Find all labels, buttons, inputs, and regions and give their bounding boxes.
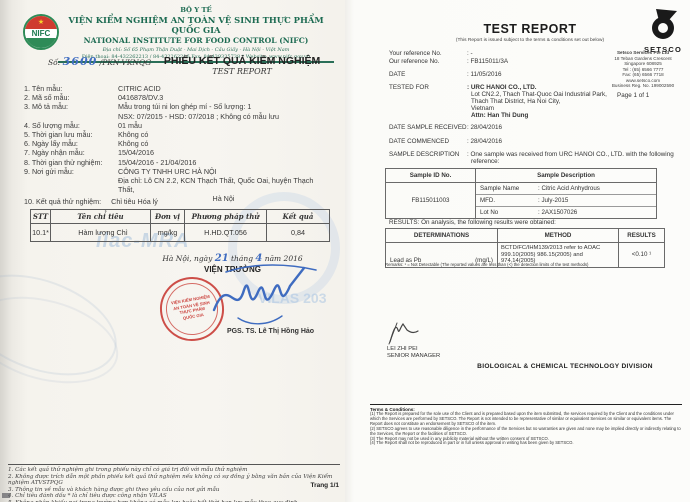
results-table: STT Tên chỉ tiêu Đơn vị Phương pháp thử … bbox=[30, 209, 330, 242]
item-value-line: Địa chỉ: Lô CN 2.2, KCN Thạch Thất, Quốc… bbox=[118, 176, 329, 194]
column-header-sample-id: Sample ID No. bbox=[386, 169, 476, 182]
field-value: : FB115011/3A bbox=[467, 58, 508, 65]
terms-item: (1) The Report is prepared for the sole … bbox=[370, 412, 682, 427]
sample-desc-line: reference: bbox=[467, 158, 674, 165]
field-date-sample-received: DATE SAMPLE RECEIVED : 28/04/2016 bbox=[389, 124, 502, 131]
item-label: 2. Mã số mẫu: bbox=[24, 93, 118, 102]
results-label: 10. Kết quả thử nghiệm: bbox=[24, 197, 101, 206]
list-item: 3. Mô tả mẫu: Mẫu trong túi ni lon ghép … bbox=[24, 102, 329, 120]
sample-table-body: FB115011003 Sample Name : Citric Acid An… bbox=[386, 183, 656, 218]
sample-description-cells: Sample Name : Citric Acid Anhydrous MFD.… bbox=[476, 183, 656, 218]
terms-item: (4) The Report shall not be reproduced i… bbox=[370, 441, 682, 446]
field-date-commenced: DATE COMMENCED : 28/04/2016 bbox=[389, 138, 502, 145]
division-name: BIOLOGICAL & CHEMICAL TECHNOLOGY DIVISIO… bbox=[425, 363, 690, 370]
field-value: : 28/04/2016 bbox=[467, 124, 502, 131]
method-line: BCTD/FC/IHM139/2013 refer to AOAC bbox=[501, 245, 615, 252]
item-value: 0416878/DV.3 bbox=[118, 93, 329, 102]
field-label: DATE SAMPLE RECEIVED bbox=[389, 124, 467, 131]
item-value: Không có bbox=[118, 139, 329, 148]
ministry-line: BỘ Y TẾ bbox=[58, 6, 334, 14]
cell-result: 0,84 bbox=[267, 224, 330, 242]
item-value-line: NSX: 07/2015 - HSD: 07/2018 ; Không có m… bbox=[118, 112, 329, 121]
column-header-sample-description: Sample Description bbox=[476, 169, 656, 182]
cell-stt: 10.1* bbox=[31, 224, 51, 242]
column-header-result: Kết quả bbox=[267, 210, 330, 224]
field-date: DATE : 11/05/2016 bbox=[389, 71, 502, 78]
scan-corner-mark bbox=[2, 493, 10, 498]
item-label: 6. Ngày lấy mẫu: bbox=[24, 139, 118, 148]
list-item: 5. Thời gian lưu mẫu: Không có bbox=[24, 130, 329, 139]
setsco-test-report-page: TEST REPORT (This Report is issued subje… bbox=[345, 0, 690, 502]
field-label: TESTED FOR bbox=[389, 84, 467, 119]
results-type: Chỉ tiêu Hóa lý bbox=[111, 197, 158, 206]
table-header-row: STT Tên chỉ tiêu Đơn vị Phương pháp thử … bbox=[31, 210, 330, 224]
signer-block: LEI ZHI PEI SENIOR MANAGER bbox=[387, 346, 440, 360]
remarks-line: Remarks: ¹ = Not Detectable (The reporte… bbox=[385, 262, 675, 267]
item-value-line: CÔNG TY TNHH URC HÀ NỘI bbox=[118, 167, 329, 176]
column-header-unit: Đơn vị bbox=[151, 210, 185, 224]
field-value: : One sample was received from URC HANOI… bbox=[467, 151, 674, 165]
item-value: 01 mẫu bbox=[118, 121, 329, 130]
field-label: DATE COMMENCED bbox=[389, 138, 467, 145]
desc-key: MFD. bbox=[480, 197, 538, 204]
report-title-vn: PHIẾU KẾT QUẢ KIỂM NGHIỆM bbox=[151, 55, 333, 67]
column-header-method: METHOD bbox=[498, 229, 619, 242]
column-header-name: Tên chỉ tiêu bbox=[51, 210, 151, 224]
list-item: 8. Thời gian thử nghiệm: 15/04/2016 - 21… bbox=[24, 158, 329, 167]
company-address-block: Setsco Services Pte Ltd 18 Teban Gardens… bbox=[599, 50, 687, 89]
nifc-logo-icon: ★ NIFC bbox=[23, 14, 59, 50]
report-title-en: TEST REPORT bbox=[151, 67, 333, 76]
report-title-block: TEST REPORT (This Report is issued subje… bbox=[400, 22, 660, 43]
item-value: Không có bbox=[118, 130, 329, 139]
table-row: Sample Name : Citric Acid Anhydrous bbox=[476, 183, 656, 194]
table-row: MFD. : July-2015 bbox=[476, 194, 656, 206]
cell-name: Hàm lượng Chì bbox=[51, 224, 151, 242]
document-number: Số: 3600 /PKN-VKNQG bbox=[48, 55, 151, 68]
setsco-logo-icon bbox=[648, 9, 678, 39]
determinations-table-header: DETERMINATIONS METHOD RESULTS bbox=[386, 229, 664, 243]
terms-and-conditions: Terms & Conditions: (1) The Report is pr… bbox=[370, 404, 682, 446]
item-label: 1. Tên mẫu: bbox=[24, 84, 118, 93]
sample-table: Sample ID No. Sample Description FB11501… bbox=[385, 168, 657, 219]
nifc-logo-text: NIFC bbox=[25, 29, 57, 39]
page-number: Page 1 of 1 bbox=[617, 92, 649, 99]
item-label: 3. Mô tả mẫu: bbox=[24, 102, 118, 120]
item-label: 4. Số lượng mẫu: bbox=[24, 121, 118, 130]
desc-key: Lot No bbox=[480, 209, 538, 216]
signer-name: PGS. TS. Lê Thị Hồng Hảo bbox=[198, 328, 343, 335]
field-label: Our reference No. bbox=[389, 58, 467, 65]
table-row: Lot No : 2AX1507026 bbox=[476, 206, 656, 218]
nifc-test-report-page: ilac-MRA VILAS 203 ★ NIFC BỘ Y TẾ VIỆN K… bbox=[0, 0, 345, 502]
client-attn: Attn: Han Thi Dung bbox=[467, 112, 607, 119]
client-address-line: Lot CN2.2, Thach That-Quoc Oai Industria… bbox=[467, 91, 607, 98]
institute-name-en: NATIONAL INSTITUTE FOR FOOD CONTROL (NIF… bbox=[58, 36, 334, 45]
field-tested-for: TESTED FOR : URC HANOI CO., LTD. Lot CN2… bbox=[389, 84, 607, 119]
item-value: 15/04/2016 bbox=[118, 148, 329, 157]
institute-address: Địa chỉ: Số 65 Phạm Thận Duật - Mai Dịch… bbox=[58, 47, 334, 53]
results-intro: RESULTS: On analysis, the following resu… bbox=[389, 219, 556, 226]
item-value: 15/04/2016 - 21/04/2016 bbox=[118, 158, 329, 167]
sample-desc-line: : One sample was received from URC HANOI… bbox=[467, 151, 674, 158]
client-address-line: Vietnam bbox=[467, 105, 607, 112]
nifc-logo-leaf bbox=[25, 38, 57, 48]
report-title-block: PHIẾU KẾT QUẢ KIỂM NGHIỆM TEST REPORT bbox=[151, 55, 333, 76]
list-item: 1. Tên mẫu: CITRIC ACID bbox=[24, 84, 329, 93]
item-label: 5. Thời gian lưu mẫu: bbox=[24, 130, 118, 139]
cell-unit: mg/kg bbox=[151, 224, 185, 242]
signer-name: LEI ZHI PEI bbox=[387, 346, 440, 353]
field-sample-description: SAMPLE DESCRIPTION : One sample was rece… bbox=[389, 151, 674, 165]
sample-info-list: 1. Tên mẫu: CITRIC ACID 2. Mã số mẫu: 04… bbox=[24, 84, 329, 204]
desc-value: : Citric Acid Anhydrous bbox=[538, 185, 600, 192]
setsco-logo: SETSCO bbox=[639, 9, 687, 54]
desc-value: : 2AX1507026 bbox=[538, 209, 577, 216]
item-label: 8. Thời gian thử nghiệm: bbox=[24, 158, 118, 167]
flag-star-icon: ★ bbox=[25, 16, 57, 29]
sample-table-header: Sample ID No. Sample Description bbox=[386, 169, 656, 183]
item-value: Mẫu trong túi ni lon ghép mí - Số lượng:… bbox=[118, 102, 329, 120]
desc-key: Sample Name bbox=[480, 185, 538, 192]
signature-strokes bbox=[387, 320, 421, 346]
client-address-line: Thach That District, Ha Noi City, bbox=[467, 98, 607, 105]
field-value: : - bbox=[467, 50, 473, 57]
doc-no-label: Số: bbox=[48, 58, 60, 67]
page-number: Trang 1/1 bbox=[310, 482, 339, 489]
sample-id-cell: FB115011003 bbox=[386, 183, 476, 218]
field-value: : URC HANOI CO., LTD. Lot CN2.2, Thach T… bbox=[467, 84, 607, 119]
list-item: 7. Ngày nhận mẫu: 15/04/2016 bbox=[24, 148, 329, 157]
column-header-stt: STT bbox=[31, 210, 51, 224]
client-name: : URC HANOI CO., LTD. bbox=[467, 84, 607, 91]
column-header-results: RESULTS bbox=[619, 229, 664, 242]
doc-no-handwritten: 3600 bbox=[63, 55, 98, 68]
list-item: 2. Mã số mẫu: 0416878/DV.3 bbox=[24, 93, 329, 102]
document-number-row: Số: 3600 /PKN-VKNQG PHIẾU KẾT QUẢ KIỂM N… bbox=[48, 55, 333, 76]
signature-strokes bbox=[198, 256, 323, 336]
scanned-documents: ilac-MRA VILAS 203 ★ NIFC BỘ Y TẾ VIỆN K… bbox=[0, 0, 690, 502]
column-header-determinations: DETERMINATIONS bbox=[386, 229, 498, 242]
list-item: 6. Ngày lấy mẫu: Không có bbox=[24, 139, 329, 148]
results-section-line: 10. Kết quả thử nghiệm: Chỉ tiêu Hóa lý bbox=[24, 197, 158, 206]
doc-no-suffix: /PKN-VKNQG bbox=[100, 58, 151, 67]
field-label: Your reference No. bbox=[389, 50, 467, 57]
footnotes: 1. Các kết quả thử nghiệm ghi trong phiế… bbox=[8, 464, 340, 502]
item-value-line: Mẫu trong túi ni lon ghép mí - Số lượng:… bbox=[118, 102, 329, 111]
institute-name-vn: VIỆN KIỂM NGHIỆM AN TOÀN VỆ SINH THỰC PH… bbox=[58, 15, 334, 35]
field-your-reference: Your reference No. : - bbox=[389, 50, 473, 57]
footnote: 2. Không được trích dẫn một phần phiếu k… bbox=[8, 474, 340, 487]
report-subtitle: (This Report is issued subject to the te… bbox=[400, 38, 660, 43]
table-row: 10.1* Hàm lượng Chì mg/kg H.HD.QT.056 0,… bbox=[31, 224, 330, 242]
list-item: 4. Số lượng mẫu: 01 mẫu bbox=[24, 121, 329, 130]
company-reg-no: Business Reg. No. 199002590 bbox=[599, 83, 687, 89]
cell-method: H.HD.QT.056 bbox=[185, 224, 267, 242]
report-title: TEST REPORT bbox=[400, 22, 660, 36]
field-our-reference: Our reference No. : FB115011/3A bbox=[389, 58, 508, 65]
field-label: DATE bbox=[389, 71, 467, 78]
desc-value: : July-2015 bbox=[538, 197, 568, 204]
signer-title: SENIOR MANAGER bbox=[387, 353, 440, 360]
field-value: : 28/04/2016 bbox=[467, 138, 502, 145]
field-value: : 11/05/2016 bbox=[467, 71, 502, 78]
field-label: SAMPLE DESCRIPTION bbox=[389, 151, 467, 165]
item-label: 7. Ngày nhận mẫu: bbox=[24, 148, 118, 157]
item-value: CITRIC ACID bbox=[118, 84, 329, 93]
column-header-method: Phương pháp thử bbox=[185, 210, 267, 224]
